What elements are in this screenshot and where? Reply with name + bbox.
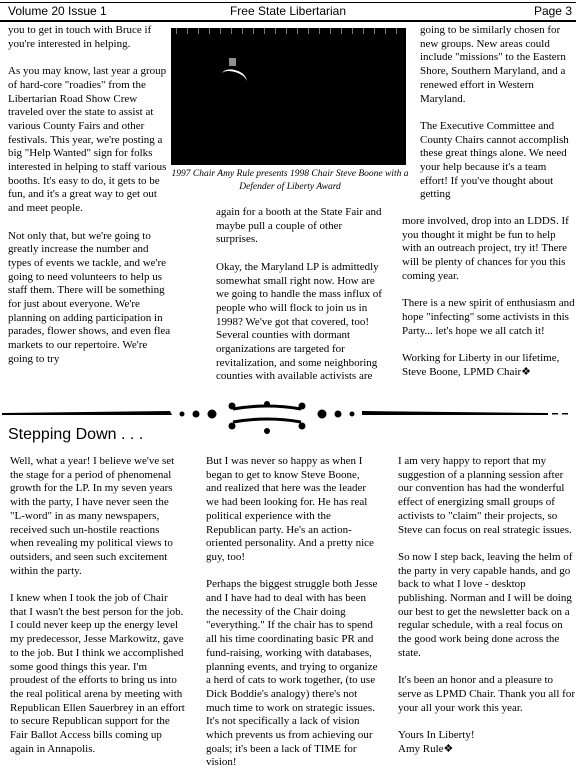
paragraph: It's been an honor and a pleasure to ser… bbox=[398, 674, 576, 715]
top-article-col-3-lower: more involved, drop into an LDDS. If you… bbox=[402, 215, 576, 379]
page-number: Page 3 bbox=[534, 4, 572, 19]
page-header: Volume 20 Issue 1 Free State Libertarian… bbox=[0, 0, 576, 22]
paragraph: I am very happy to report that my sugges… bbox=[398, 455, 576, 537]
award-photo bbox=[171, 28, 406, 165]
top-article-col-2: again for a booth at the State Fair and … bbox=[216, 206, 384, 384]
top-article-col-1: you to get in touch with Bruce if you're… bbox=[8, 24, 173, 367]
photo-highlight bbox=[229, 58, 236, 66]
header-bottom-rule bbox=[0, 20, 576, 22]
stepping-down-col-3: I am very happy to report that my sugges… bbox=[398, 455, 576, 756]
paragraph: Working for Liberty in our lifetime, Ste… bbox=[402, 352, 576, 379]
publication-title: Free State Libertarian bbox=[0, 4, 576, 19]
paragraph: going to be similarly chosen for new gro… bbox=[420, 24, 576, 106]
photo-award-glint bbox=[219, 66, 249, 89]
paragraph: more involved, drop into an LDDS. If you… bbox=[402, 215, 576, 284]
header-top-rule bbox=[0, 2, 576, 3]
paragraph: you to get in touch with Bruce if you're… bbox=[8, 24, 173, 51]
top-article-col-3-upper: going to be similarly chosen for new gro… bbox=[420, 24, 576, 202]
paragraph: Not only that, but we're going to greatl… bbox=[8, 230, 173, 367]
paragraph: As you may know, last year a group of ha… bbox=[8, 65, 173, 216]
paragraph: There is a new spirit of enthusiasm and … bbox=[402, 297, 576, 338]
paragraph: I knew when I took the job of Chair that… bbox=[10, 592, 185, 756]
paragraph: Perhaps the biggest struggle both Jesse … bbox=[206, 578, 378, 770]
paragraph: So now I step back, leaving the helm of … bbox=[398, 551, 576, 661]
photo-caption: 1997 Chair Amy Rule presents 1998 Chair … bbox=[165, 168, 415, 193]
paragraph: But I was never so happy as when I began… bbox=[206, 455, 378, 565]
stepping-down-col-1: Well, what a year! I believe we've set t… bbox=[10, 455, 185, 756]
paragraph: The Executive Committee and County Chair… bbox=[420, 120, 576, 202]
paragraph: Well, what a year! I believe we've set t… bbox=[10, 455, 185, 578]
signature: Yours In Liberty! Amy Rule❖ bbox=[398, 729, 576, 756]
section-title: Stepping Down . . . bbox=[8, 425, 143, 445]
paragraph: Okay, the Maryland LP is admittedly some… bbox=[216, 261, 384, 384]
stepping-down-col-2: But I was never so happy as when I began… bbox=[206, 455, 378, 770]
paragraph: again for a booth at the State Fair and … bbox=[216, 206, 384, 247]
photo-texture bbox=[171, 28, 406, 34]
